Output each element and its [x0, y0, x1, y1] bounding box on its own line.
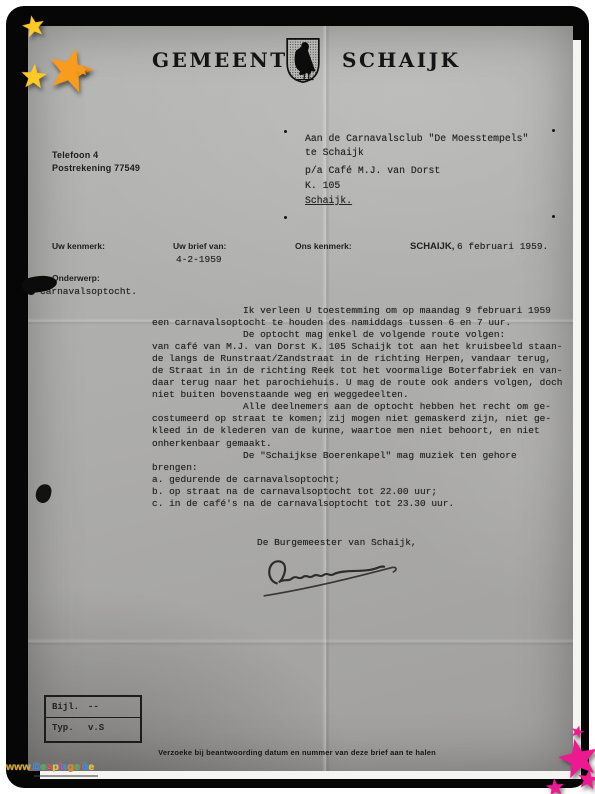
crow-shield-icon — [284, 35, 322, 85]
body-line: costumeerd op straat te komen; zij mogen… — [152, 413, 576, 425]
fold-mark-dot — [284, 216, 287, 219]
star-icon — [530, 765, 555, 790]
body-line: van café van M.J. van Dorst K. 105 Schai… — [152, 341, 576, 353]
onderwerp-label: Onderwerp: — [52, 273, 100, 283]
body-line: onherkenbaar gemaakt. — [152, 438, 576, 450]
watermark-subline — [34, 775, 98, 777]
bijl-label: Bijl. — [52, 702, 79, 712]
address-line-1: Aan de Carnavalsclub "De Moesstempels" — [305, 133, 528, 144]
body-line: Ik verleen U toestemming om op maandag 9… — [152, 305, 576, 317]
body-line: daar terug naar het parochiehuis. U mag … — [152, 377, 576, 389]
body-line: de langs de Runstraat/Zandstraat in de r… — [152, 353, 576, 365]
body-line: Alle deelnemers aan de optocht hebben he… — [152, 401, 576, 413]
place-label: SCHAIJK, — [410, 241, 454, 252]
body-line: brengen: — [152, 462, 576, 474]
fold-mark-dot — [284, 130, 287, 133]
star-icon — [2, 43, 36, 77]
fold-mark-dot — [552, 215, 555, 218]
body-line: c. in de café's na de carnavalsoptocht t… — [152, 498, 576, 510]
onderwerp-value: Carnavalsoptocht. — [40, 286, 137, 297]
bijl-value: -- — [88, 702, 99, 712]
postrekening-line: Postrekening 77549 — [52, 163, 140, 173]
paper-fold-horizontal-bottom — [28, 638, 573, 646]
typ-value: v.S — [88, 723, 104, 733]
watermark-text: www.Despiegelke — [6, 761, 94, 773]
ons-kenmerk-label: Ons kenmerk: — [295, 241, 352, 251]
address-line-2: te Schaijk — [305, 147, 364, 158]
typ-row: Typ. v.S — [46, 717, 140, 738]
scanned-letter-page: GEMEENTE SCHAIJK Telefoon 4 Postrekening… — [0, 0, 595, 794]
body-line: niet buiten bovenstaande weg en weggedee… — [152, 389, 576, 401]
masthead-gemeente: GEMEENTE — [152, 48, 305, 72]
body-line: De optocht mag enkel de volgende route v… — [152, 329, 576, 341]
enclosure-typist-box: Bijl. -- Typ. v.S — [44, 695, 142, 743]
uw-brief-label: Uw brief van: — [173, 241, 226, 251]
uw-kenmerk-label: Uw kenmerk: — [52, 241, 105, 251]
signature-scribble — [248, 550, 418, 600]
bijl-row: Bijl. -- — [46, 697, 140, 717]
masthead-schaijk: SCHAIJK — [342, 48, 460, 72]
letter-body: Ik verleen U toestemming om op maandag 9… — [152, 305, 576, 510]
uw-brief-value: 4-2-1959 — [176, 254, 222, 265]
date-value: 6 februari 1959. — [457, 241, 548, 252]
body-line: De "Schaijkse Boerenkapel" mag muziek te… — [152, 450, 576, 462]
footer-note: Verzoeke bij beantwoording datum en numm… — [158, 748, 436, 757]
body-line: b. op straat na de carnavalsoptocht tot … — [152, 486, 576, 498]
body-line: a. gedurende de carnavalsoptocht; — [152, 474, 576, 486]
address-line-4: K. 105 — [305, 180, 340, 191]
body-line: kleed in de klederen van de kunne, waart… — [152, 425, 576, 437]
telefoon-line: Telefoon 4 — [52, 150, 98, 160]
star-icon — [562, 750, 591, 779]
fold-mark-dot — [552, 129, 555, 132]
body-line: de Straat in in de richting Reek tot het… — [152, 365, 576, 377]
address-line-5: Schaijk. — [305, 195, 352, 206]
ink-blot-drip — [27, 289, 35, 295]
address-line-3: p/a Café M.J. van Dorst — [305, 165, 440, 176]
signoff-line: De Burgemeester van Schaijk, — [257, 537, 417, 548]
star-icon — [65, 56, 82, 73]
body-line: een carnavalsoptocht te houden des namid… — [152, 317, 576, 329]
typ-label: Typ. — [52, 723, 74, 733]
